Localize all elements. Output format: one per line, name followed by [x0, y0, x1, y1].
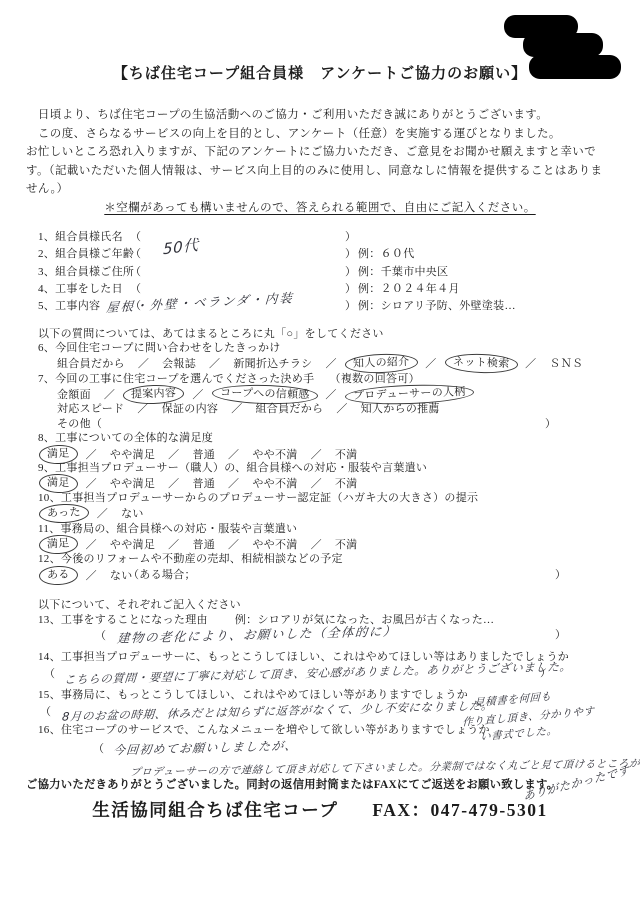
q13-answer-row: （ 建物の老化により、お願いした（全体的に） [95, 628, 397, 643]
free-entry-note: ＊空欄があっても構いませんので、答えられる範囲で、自由にご記入ください。 [104, 202, 535, 214]
page-title: 【ちば住宅コープ組合員様 アンケートご協力のお願い】 [0, 62, 640, 83]
q5-close-paren: ） [345, 299, 356, 313]
q12-case-label: （ある場合； [128, 568, 196, 582]
separator: ／ [228, 448, 239, 462]
separator: ／ [311, 538, 322, 552]
q11-options: 満足 ／ やや満足 ／ 普通 ／ やや不満 ／ 不満 [44, 537, 357, 552]
q7-other-close-paren: ） [545, 417, 556, 431]
q2-open-paren: （ [130, 247, 141, 261]
circle-instruction: 以下の質問については、あてはまるところに丸「○」をしてください [38, 327, 384, 341]
q6-label: 6、今回住宅コープに問い合わせをしたきっかけ [38, 341, 281, 355]
q11-option-neutral: 普通 [192, 538, 215, 552]
separator: ／ [325, 388, 336, 402]
q7-option-recommendation: 知人からの推薦 [361, 402, 440, 416]
footer-thanks: ご協力いただきありがとうございました。同封の返信用封筒またはFAXにてご返送をお… [26, 778, 558, 792]
q13-label-row: 13、工事をすることになった理由 例：シロアリが気になった、お風呂が古くなった… [38, 613, 494, 627]
q7-option-speed: 対応スピード [57, 402, 124, 416]
q7-option-warranty: 保証の内容 [162, 402, 219, 416]
q2-label: 2、組合員様ご年齢 [38, 247, 134, 261]
q8-option-neutral: 普通 [192, 448, 215, 462]
q7-option-price: 金額面 [57, 388, 91, 402]
separator: ／ [97, 507, 108, 521]
q12-options: ある ／ ない [44, 568, 133, 583]
separator: ／ [311, 448, 322, 462]
separator: ／ [525, 357, 536, 371]
q11-label: 11、事務局の、組合員様への対応・服装や言葉遣い [38, 522, 297, 536]
q8-option-dissatisfied: 不満 [335, 448, 358, 462]
q1-label: 1、組合員様氏名 [38, 230, 123, 244]
q2-example: 例：６０代 [358, 247, 415, 261]
q7-label: 7、今回の工事に住宅コープを選んでくださった決め手 [38, 373, 314, 385]
free-entry-note-wrap: ＊空欄があっても構いませんので、答えられる範囲で、自由にご記入ください。 [0, 198, 640, 216]
q7-label-suffix: （複数の回答可） [330, 373, 420, 385]
q16-answer-row-1: （ 今回初めてお願いしましたが、 [93, 741, 298, 756]
q12-label: 12、今後のリフォームや不動産の売却、相続相談などの予定 [38, 552, 343, 566]
intro-line-3: お忙しいところ恐れ入りますが、下記のアンケートにご協力いただき、ご意見をお聞かせ… [26, 143, 614, 162]
q14-close-paren: ） [540, 666, 551, 680]
q8-option-somewhat-dissatisfied: やや不満 [252, 448, 297, 462]
q3-close-paren: ） [345, 265, 356, 279]
q4-open-paren: （ [130, 282, 141, 296]
fill-instruction: 以下について、それぞれご記入ください [38, 598, 241, 612]
intro-line-1: 日頃より、ちば住宅コープの生協活動へのご協力・ご利用いただき誠にありがとうござい… [26, 106, 614, 125]
footer-fax-number: FAX：047-479-5301 [372, 797, 547, 822]
q9-option-neutral: 普通 [192, 477, 215, 491]
q3-open-paren: （ [130, 265, 141, 279]
q11-option-somewhat-satisfied: やや満足 [110, 538, 155, 552]
q11-option-somewhat-dissatisfied: やや不満 [252, 538, 297, 552]
q8-label: 8、工事についての全体的な満足度 [38, 431, 213, 445]
q7-options-row1: 金額面 ／ 提案内容 ／ コープへの信頼感 ／ プロデューサーの人柄 [57, 387, 468, 402]
q16-label: 16、住宅コープのサービスで、こんなメニューを増やして欲しい等がありますでしょう… [38, 723, 490, 737]
q13-close-paren: ） [555, 628, 566, 642]
q16-open-paren: （ [93, 743, 104, 755]
q9-label: 9、工事担当プロデューサー（職人）の、組合員様への対応・服装や言葉遣い [38, 461, 427, 475]
separator: ／ [425, 357, 436, 371]
intro-paragraph: 日頃より、ちば住宅コープの生協活動へのご協力・ご利用いただき誠にありがとうござい… [26, 106, 614, 199]
q10-option-shown-circled: あった [39, 503, 89, 524]
separator: ／ [168, 477, 179, 491]
separator: ／ [86, 477, 97, 491]
q8-option-somewhat-satisfied: やや満足 [110, 448, 155, 462]
q11-option-dissatisfied: 不満 [335, 538, 358, 552]
q13-label: 13、工事をすることになった理由 [38, 614, 208, 626]
separator: ／ [228, 477, 239, 491]
q6-option-member: 組合員だから [57, 357, 125, 371]
q12-option-yes-circled: ある [39, 565, 78, 585]
q16-answer-handwritten-2: プロデューサーの方で連絡して頂き対応して下さいました。分業制ではなく丸ごと見て頂… [129, 756, 640, 779]
q9-option-dissatisfied: 不満 [335, 477, 358, 491]
q5-label: 5、工事内容 [38, 299, 100, 313]
intro-line-5: せん。） [26, 180, 614, 199]
q4-close-paren: ） [345, 282, 356, 296]
q7-options-row2: 対応スピード ／ 保証の内容 ／ 組合員だから ／ 知人からの推薦 [57, 402, 440, 416]
q4-example: 例：２０２４年４月 [358, 282, 460, 296]
separator: ／ [311, 477, 322, 491]
q3-label: 3、組合員様ご住所 [38, 265, 134, 279]
q15-answer-handwritten: 8月のお盆の時期、休みだとは知らずに返答がなくて、少し不安になりました。 [62, 698, 494, 723]
q6-option-web-search-circled: ネット検索 [444, 353, 517, 375]
q12-close-paren: ） [555, 568, 566, 582]
q1-close-paren: ） [345, 230, 356, 244]
q15-open-paren: （ [40, 706, 51, 718]
separator: ／ [168, 538, 179, 552]
q5-example: 例：シロアリ予防、外壁塗装… [358, 299, 516, 313]
q1-open-paren: （ [130, 230, 141, 244]
separator: ／ [86, 448, 97, 462]
q6-options: 組合員だから ／ 会報誌 ／ 新聞折込チラシ ／ 知人の紹介 ／ ネット検索 ／… [57, 356, 583, 371]
separator: ／ [168, 448, 179, 462]
separator: ／ [228, 538, 239, 552]
q15-side-note-line-1: 見積書を何回も [474, 690, 552, 711]
q15-answer-row: （ 8月のお盆の時期、休みだとは知らずに返答がなくて、少し不安になりました。 [40, 704, 494, 719]
q10-options: あった ／ ない [44, 506, 144, 521]
q14-answer-row: （ こちらの質問・要望に丁寧に対応して頂き、安心感がありました。ありがとうござい… [44, 666, 572, 681]
separator: ／ [137, 402, 148, 416]
separator: ／ [231, 402, 242, 416]
separator: ／ [86, 569, 97, 583]
q7-option-member: 組合員だから [256, 402, 324, 416]
q9-option-somewhat-satisfied: やや満足 [110, 477, 155, 491]
scanned-questionnaire-page: 【ちば住宅コープ組合員様 アンケートご協力のお願い】 日頃より、ちば住宅コープの… [0, 0, 640, 905]
separator: ／ [138, 357, 149, 371]
q6-option-flyer: 新聞折込チラシ [233, 357, 312, 371]
q7-label-row: 7、今回の工事に住宅コープを選んでくださった決め手 （複数の回答可） [38, 372, 420, 386]
q2-answer-handwritten: 50代 [163, 238, 199, 257]
q10-option-not-shown: ない [121, 507, 144, 521]
separator: ／ [104, 388, 115, 402]
q13-open-paren: （ [95, 630, 106, 642]
separator: ／ [325, 357, 336, 371]
q9-options: 満足 ／ やや満足 ／ 普通 ／ やや不満 ／ 不満 [44, 476, 357, 491]
separator: ／ [86, 538, 97, 552]
q16-answer-handwritten-1: 今回初めてお願いしましたが、 [113, 739, 299, 758]
q7-other-label: その他（ [57, 417, 102, 431]
q6-option-bulletin: 会報誌 [162, 357, 196, 371]
q14-open-paren: （ [44, 668, 55, 680]
footer-org-name: 生活協同組合ちば住宅コープ [92, 797, 338, 822]
separator: ／ [336, 402, 347, 416]
redaction-mark-2 [523, 33, 603, 57]
q9-option-somewhat-dissatisfied: やや不満 [252, 477, 297, 491]
intro-line-2: この度、さらなるサービスの向上を目的とし、アンケート（任意）を実施する運びとなり… [26, 125, 614, 144]
q4-label: 4、工事をした日 [38, 282, 123, 296]
footer-org-row: 生活協同組合ちば住宅コープ FAX：047-479-5301 [0, 797, 640, 822]
q3-example: 例：千葉市中央区 [358, 265, 448, 279]
q6-option-sns: ＳＮＳ [549, 357, 583, 371]
separator: ／ [209, 357, 220, 371]
q13-answer-handwritten: 建物の老化により、お願いした（全体的に） [117, 624, 398, 645]
separator: ／ [192, 388, 203, 402]
q8-options: 満足 ／ やや満足 ／ 普通 ／ やや不満 ／ 不満 [44, 447, 357, 462]
q10-label: 10、工事担当プロデューサーからのプロデューサー認定証（ハガキ大の大きさ）の提示 [38, 491, 478, 505]
q2-close-paren: ） [345, 247, 356, 261]
intro-line-4: す。（記載いただいた個人情報は、サービス向上目的のみに使用し、同意なしに情報を提… [26, 162, 614, 181]
